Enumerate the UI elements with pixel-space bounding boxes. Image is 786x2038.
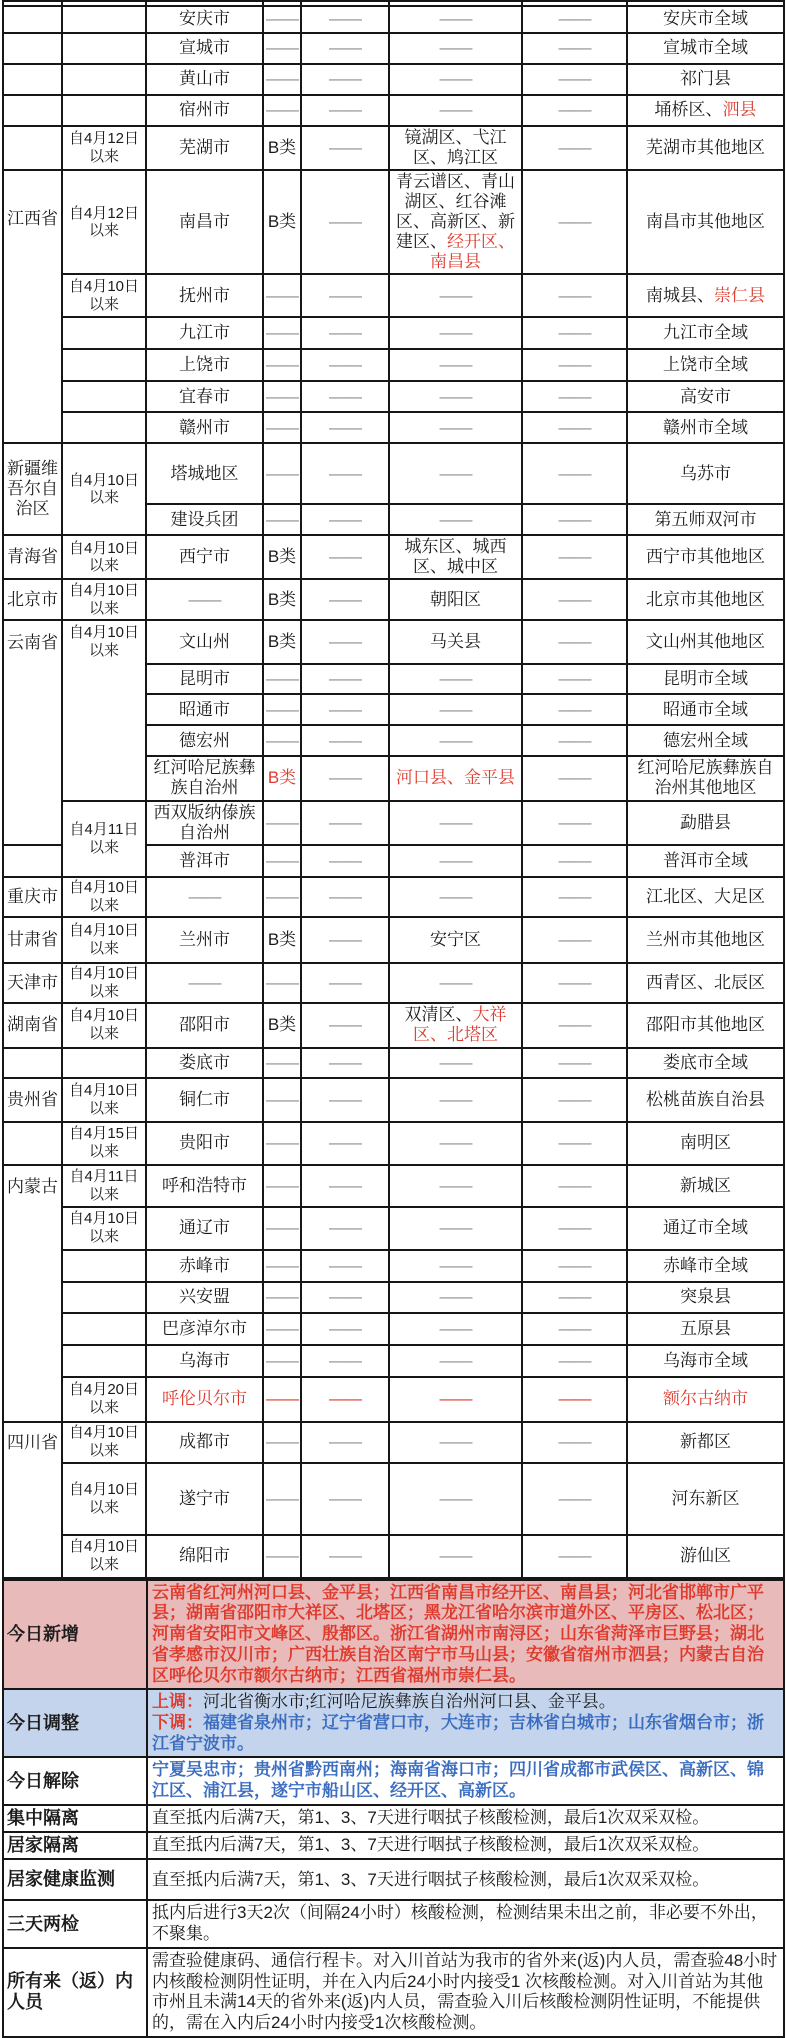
table-row: 黄山市————————祁门县 [3, 64, 784, 95]
cell-districts: 城东区、城西区、城中区 [389, 535, 522, 579]
info-row-label: 居家健康监测 [3, 1859, 147, 1900]
cell-areas: 南城县、崇仁县 [627, 274, 784, 317]
info-text-line: 云南省红河州河口县、金平县；江西省南昌市经开区、南昌县；河北省邯郸市广平县；湖南… [152, 1583, 779, 1687]
cell-date [62, 1250, 146, 1282]
cell-city: 安庆市 [146, 6, 263, 33]
cell-areas: 娄底市全域 [627, 1048, 784, 1078]
cell-areas: 江北区、大足区 [627, 877, 784, 917]
cell-dash1: —— [301, 620, 389, 664]
cell-districts: 双清区、大祥区、北塔区 [389, 1003, 522, 1048]
cell-date: 自4月12日以来 [62, 126, 146, 170]
cell-districts: 安宁区 [389, 917, 522, 963]
cell-dash2: —— [522, 877, 627, 917]
table-row: 重庆市自4月10日以来——————————江北区、大足区 [3, 877, 784, 917]
area-text: 双清区、 [405, 1005, 473, 1024]
cell-province [3, 95, 62, 126]
highlighted-area-text: 泗县 [723, 100, 757, 119]
cell-dash1: —— [301, 33, 389, 64]
cell-districts: —— [389, 845, 522, 877]
cell-areas: 上饶市全域 [627, 349, 784, 381]
cell-class: —— [263, 64, 301, 95]
cell-date [62, 349, 146, 381]
cell-class: B类 [263, 917, 301, 963]
cell-dash2: —— [522, 1377, 627, 1422]
table-row: 赣州市————————赣州市全域 [3, 412, 784, 443]
cell-dash2: —— [522, 64, 627, 95]
cell-city: 抚州市 [146, 274, 263, 317]
cell-city: 芜湖市 [146, 126, 263, 170]
cell-class: —— [263, 1422, 301, 1463]
cell-class: —— [263, 1345, 301, 1377]
cell-districts: —— [389, 1078, 522, 1122]
cell-dash1: —— [301, 126, 389, 170]
table-row: 自4月10日以来通辽市————————通辽市全域 [3, 1207, 784, 1250]
cell-dash1: —— [301, 579, 389, 620]
info-text-line: 直至抵内后满7天，第1、3、7天进行咽拭子核酸检测，最后1次双采双检。 [152, 1870, 779, 1891]
info-row: 今日调整上调：河北省衡水市;红河哈尼族彝族自治州河口县、金平县。下调：福建省泉州… [3, 1689, 784, 1757]
info-text-run: 抵内后进行3天2次（间隔24小时）核酸检测，检测结果未出之前，非必要不外出，不聚… [152, 1903, 768, 1943]
cell-class: —— [263, 1048, 301, 1078]
cell-province: 青海省 [3, 535, 62, 579]
cell-dash1: —— [301, 756, 389, 800]
info-text-run: 上调： [152, 1692, 203, 1711]
area-text: 南城县、 [646, 286, 714, 305]
cell-city: 塔城地区 [146, 443, 263, 504]
cell-dash2: —— [522, 412, 627, 443]
cell-city: 乌海市 [146, 1345, 263, 1377]
info-text-run: 直至抵内后满7天，第1、3、7天进行咽拭子核酸检测，最后1次双采双检。 [152, 1835, 709, 1854]
cell-dash2: —— [522, 1422, 627, 1463]
table-row: 安庆市————————安庆市全域 [3, 6, 784, 33]
cell-class: B类 [263, 126, 301, 170]
cell-class: —— [263, 504, 301, 535]
cell-province [3, 126, 62, 170]
info-text-run: 宁夏吴忠市；贵州省黔西南州；海南省海口市；四川省成都市武侯区、高新区、锦江区、浦… [152, 1760, 764, 1800]
cell-class: —— [263, 1250, 301, 1282]
cell-areas: 高安市 [627, 381, 784, 412]
cell-province: 四川省 [3, 1422, 62, 1578]
cell-dash2: —— [522, 1282, 627, 1313]
cell-districts: —— [389, 1122, 522, 1165]
cell-areas: 安庆市全域 [627, 6, 784, 33]
info-text-run: 云南省红河州河口县、金平县；江西省南昌市经开区、南昌县；河北省邯郸市广平县；湖南… [152, 1583, 764, 1685]
cell-districts: 朝阳区 [389, 579, 522, 620]
cell-areas: 乌海市全域 [627, 1345, 784, 1377]
cell-dash1: —— [301, 1377, 389, 1422]
cell-date [62, 1313, 146, 1345]
cell-date [62, 412, 146, 443]
cell-areas: 西青区、北辰区 [627, 963, 784, 1003]
cell-city: 遂宁市 [146, 1463, 263, 1535]
cell-dash1: —— [301, 412, 389, 443]
cell-areas: 新城区 [627, 1165, 784, 1207]
cell-districts: —— [389, 1250, 522, 1282]
cell-dash2: —— [522, 756, 627, 800]
table-row: 湖南省自4月10日以来邵阳市B类——双清区、大祥区、北塔区——邵阳市其他地区 [3, 1003, 784, 1048]
table-row: 赤峰市————————赤峰市全域 [3, 1250, 784, 1282]
info-text-run: 直至抵内后满7天，第1、3、7天进行咽拭子核酸检测，最后1次双采双检。 [152, 1870, 709, 1889]
cell-province: 甘肃省 [3, 917, 62, 963]
table-row: 自4月20日以来呼伦贝尔市————————额尔古纳市 [3, 1377, 784, 1422]
info-row-label: 今日新增 [3, 1580, 147, 1690]
cell-dash1: —— [301, 170, 389, 274]
cell-districts: —— [389, 1207, 522, 1250]
cell-dash2: —— [522, 33, 627, 64]
cell-districts: —— [389, 1422, 522, 1463]
table-row: 乌海市————————乌海市全域 [3, 1345, 784, 1377]
cell-dash1: —— [301, 1282, 389, 1313]
cell-class: —— [263, 412, 301, 443]
cell-districts: —— [389, 64, 522, 95]
cell-dash1: —— [301, 877, 389, 917]
cell-city: 娄底市 [146, 1048, 263, 1078]
cell-dash2: —— [522, 1048, 627, 1078]
table-row: 四川省自4月10日以来成都市————————新都区 [3, 1422, 784, 1463]
cell-province [3, 845, 62, 877]
cell-city: —— [146, 877, 263, 917]
cell-date: 自4月10日以来 [62, 1463, 146, 1535]
cell-dash1: —— [301, 845, 389, 877]
cell-dash1: —— [301, 317, 389, 349]
cell-class: —— [263, 1282, 301, 1313]
cell-dash1: —— [301, 6, 389, 33]
cell-class: —— [263, 845, 301, 877]
cell-city: 南昌市 [146, 170, 263, 274]
info-text-run: 河北省衡水市;红河哈尼族彝族自治州河口县、金平县。 [203, 1692, 616, 1711]
cell-dash1: —— [301, 1122, 389, 1165]
cell-dash1: —— [301, 1048, 389, 1078]
cell-date: 自4月10日以来 [62, 274, 146, 317]
cell-dash1: —— [301, 664, 389, 694]
cell-districts: —— [389, 317, 522, 349]
info-row: 所有来（返）内人员需查验健康码、通信行程卡。对入川首站为我市的省外来(返)内人员… [3, 1948, 784, 2037]
cell-class: —— [263, 664, 301, 694]
info-row: 集中隔离直至抵内后满7天，第1、3、7天进行咽拭子核酸检测，最后1次双采双检。 [3, 1805, 784, 1832]
cell-city: 德宏州 [146, 725, 263, 756]
cell-class: —— [263, 877, 301, 917]
cell-class: —— [263, 95, 301, 126]
cell-date: 自4月10日以来 [62, 535, 146, 579]
info-row: 三天两检抵内后进行3天2次（间隔24小时）核酸检测，检测结果未出之前，非必要不外… [3, 1900, 784, 1947]
table-row: 巴彦淖尔市————————五原县 [3, 1313, 784, 1345]
cell-province: 湖南省 [3, 1003, 62, 1048]
table-row: 自4月10日以来遂宁市————————河东新区 [3, 1463, 784, 1535]
cell-districts: —— [389, 1345, 522, 1377]
info-text-run: 需查验健康码、通信行程卡。对入川首站为我市的省外来(返)内人员，需查验48小时内… [152, 1951, 777, 2032]
cell-class: —— [263, 1313, 301, 1345]
cell-dash2: —— [522, 349, 627, 381]
cell-date: 自4月10日以来 [62, 1078, 146, 1122]
table-row: 江西省自4月12日以来南昌市B类——青云谱区、青山湖区、红谷滩区、高新区、新建区… [3, 170, 784, 274]
cell-city: 普洱市 [146, 845, 263, 877]
cell-city: 兰州市 [146, 917, 263, 963]
cell-districts: —— [389, 1313, 522, 1345]
cell-dash1: —— [301, 381, 389, 412]
info-row-content: 需查验健康码、通信行程卡。对入川首站为我市的省外来(返)内人员，需查验48小时内… [147, 1948, 784, 2037]
cell-dash2: —— [522, 126, 627, 170]
cell-city: 成都市 [146, 1422, 263, 1463]
cell-districts: —— [389, 504, 522, 535]
cell-districts: —— [389, 1165, 522, 1207]
cell-class: —— [263, 1535, 301, 1578]
cell-dash1: —— [301, 1422, 389, 1463]
cell-dash2: —— [522, 664, 627, 694]
cell-city: 昆明市 [146, 664, 263, 694]
cell-districts: —— [389, 6, 522, 33]
table-row: 上饶市————————上饶市全域 [3, 349, 784, 381]
cell-city: 宣城市 [146, 33, 263, 64]
cell-class: —— [263, 1207, 301, 1250]
cell-districts: 马关县 [389, 620, 522, 664]
cell-city: 上饶市 [146, 349, 263, 381]
cell-areas: 新都区 [627, 1422, 784, 1463]
table-row: 云南省自4月10日以来文山州B类——马关县——文山州其他地区 [3, 620, 784, 664]
cell-city: 赣州市 [146, 412, 263, 443]
info-row-content: 直至抵内后满7天，第1、3、7天进行咽拭子核酸检测，最后1次双采双检。 [147, 1832, 784, 1859]
cell-class: —— [263, 1463, 301, 1535]
cell-date: 自4月15日以来 [62, 1122, 146, 1165]
cell-city: 通辽市 [146, 1207, 263, 1250]
cell-dash2: —— [522, 579, 627, 620]
cell-city: 铜仁市 [146, 1078, 263, 1122]
cell-date [62, 64, 146, 95]
info-row-label: 今日调整 [3, 1689, 147, 1757]
cell-date [62, 1048, 146, 1078]
cell-date: 自4月10日以来 [62, 963, 146, 1003]
cell-class: —— [263, 274, 301, 317]
cell-districts: 青云谱区、青山湖区、红谷滩区、高新区、新建区、经开区、南昌县 [389, 170, 522, 274]
table-row: 宣城市————————宣城市全域 [3, 33, 784, 64]
cell-province: 天津市 [3, 963, 62, 1003]
table-row: 自4月10日以来抚州市————————南城县、崇仁县 [3, 274, 784, 317]
cell-date: 自4月10日以来 [62, 1003, 146, 1048]
cell-districts: —— [389, 1377, 522, 1422]
cell-districts: —— [389, 1535, 522, 1578]
cell-dash2: —— [522, 1463, 627, 1535]
cell-class: —— [263, 33, 301, 64]
cell-districts: —— [389, 1282, 522, 1313]
cell-districts: —— [389, 381, 522, 412]
cell-dash1: —— [301, 801, 389, 845]
cell-dash1: —— [301, 1535, 389, 1578]
cell-province: 重庆市 [3, 877, 62, 917]
cell-areas: 勐腊县 [627, 801, 784, 845]
cell-dash2: —— [522, 620, 627, 664]
cell-dash1: —— [301, 1207, 389, 1250]
cell-class: B类 [263, 1003, 301, 1048]
cell-areas: 红河哈尼族彝族自治州其他地区 [627, 756, 784, 800]
cell-city: 黄山市 [146, 64, 263, 95]
cell-dash1: —— [301, 443, 389, 504]
cell-province: 新疆维吾尔自治区 [3, 443, 62, 535]
cell-dash1: —— [301, 64, 389, 95]
cell-province: 北京市 [3, 579, 62, 620]
cell-province: 江西省 [3, 170, 62, 443]
cell-date: 自4月10日以来 [62, 443, 146, 535]
cell-date: 自4月10日以来 [62, 620, 146, 800]
cell-class: —— [263, 963, 301, 1003]
cell-dash1: —— [301, 1078, 389, 1122]
cell-districts: —— [389, 963, 522, 1003]
cell-dash2: —— [522, 1003, 627, 1048]
cell-dash2: —— [522, 801, 627, 845]
cell-districts: —— [389, 725, 522, 756]
cell-province: 云南省 [3, 620, 62, 844]
table-row: 自4月12日以来芜湖市B类——镜湖区、弋江区、鸠江区——芜湖市其他地区 [3, 126, 784, 170]
cell-class: —— [263, 443, 301, 504]
cell-date: 自4月12日以来 [62, 170, 146, 274]
cell-dash2: —— [522, 443, 627, 504]
table-row: 九江市————————九江市全域 [3, 317, 784, 349]
table-row: 兴安盟————————突泉县 [3, 1282, 784, 1313]
table-row: 新疆维吾尔自治区自4月10日以来塔城地区————————乌苏市 [3, 443, 784, 504]
cell-province [3, 6, 62, 33]
table-row: 甘肃省自4月10日以来兰州市B类——安宁区——兰州市其他地区 [3, 917, 784, 963]
cell-province [3, 64, 62, 95]
cell-date: 自4月10日以来 [62, 1535, 146, 1578]
cell-city: 贵阳市 [146, 1122, 263, 1165]
risk-area-policy-page: 安庆市————————安庆市全域宣城市————————宣城市全域黄山市—————… [0, 0, 786, 2038]
cell-class: B类 [263, 579, 301, 620]
table-row: 宿州市————————埇桥区、泗县 [3, 95, 784, 126]
cell-date [62, 33, 146, 64]
cell-areas: 南昌市其他地区 [627, 170, 784, 274]
cell-city: 昭通市 [146, 694, 263, 725]
cell-date: 自4月20日以来 [62, 1377, 146, 1422]
cell-dash1: —— [301, 694, 389, 725]
cell-dash1: —— [301, 1250, 389, 1282]
table-row: 自4月11日以来西双版纳傣族自治州————————勐腊县 [3, 801, 784, 845]
info-row: 今日新增云南省红河州河口县、金平县；江西省南昌市经开区、南昌县；河北省邯郸市广平… [3, 1580, 784, 1690]
cell-areas: 普洱市全域 [627, 845, 784, 877]
table-row: 自4月15日以来贵阳市————————南明区 [3, 1122, 784, 1165]
cell-areas: 文山州其他地区 [627, 620, 784, 664]
cell-areas: 北京市其他地区 [627, 579, 784, 620]
cell-dash1: —— [301, 274, 389, 317]
cell-class: B类 [263, 170, 301, 274]
cell-class: —— [263, 1377, 301, 1422]
cell-areas: 额尔古纳市 [627, 1377, 784, 1422]
cell-class: —— [263, 1078, 301, 1122]
cell-province [3, 1122, 62, 1165]
cell-date [62, 95, 146, 126]
table-row: 青海省自4月10日以来西宁市B类——城东区、城西区、城中区——西宁市其他地区 [3, 535, 784, 579]
cell-areas: 西宁市其他地区 [627, 535, 784, 579]
cell-dash2: —— [522, 963, 627, 1003]
cell-dash2: —— [522, 274, 627, 317]
cell-city: 文山州 [146, 620, 263, 664]
info-row-content: 宁夏吴忠市；贵州省黔西南州；海南省海口市；四川省成都市武侯区、高新区、锦江区、浦… [147, 1757, 784, 1804]
cell-date: 自4月10日以来 [62, 1207, 146, 1250]
cell-dash1: —— [301, 95, 389, 126]
cell-dash1: —— [301, 1313, 389, 1345]
cell-city: —— [146, 579, 263, 620]
cell-dash2: —— [522, 1345, 627, 1377]
cell-districts: —— [389, 349, 522, 381]
cell-dash2: —— [522, 1078, 627, 1122]
cell-areas: 南明区 [627, 1122, 784, 1165]
cell-dash2: —— [522, 1535, 627, 1578]
cell-districts: —— [389, 877, 522, 917]
cell-province: 内蒙古 [3, 1165, 62, 1422]
cell-class: —— [263, 349, 301, 381]
cell-date [62, 1345, 146, 1377]
cell-districts: 镜湖区、弋江区、鸠江区 [389, 126, 522, 170]
cell-class: B类 [263, 535, 301, 579]
cell-districts: —— [389, 412, 522, 443]
info-row-label: 居家隔离 [3, 1832, 147, 1859]
cell-date [62, 381, 146, 412]
info-text-run: 福建省泉州市；辽宁省营口市，大连市；吉林省白城市；山东省烟台市；浙江省宁波市。 [152, 1713, 764, 1753]
area-text: 埇桥区、 [655, 100, 723, 119]
cell-dash2: —— [522, 1122, 627, 1165]
cell-province [3, 1048, 62, 1078]
cell-districts: —— [389, 274, 522, 317]
cell-city: 建设兵团 [146, 504, 263, 535]
info-row-label: 集中隔离 [3, 1805, 147, 1832]
cell-districts: —— [389, 694, 522, 725]
table-row: 宜春市————————高安市 [3, 381, 784, 412]
cell-city: 西宁市 [146, 535, 263, 579]
info-row-content: 云南省红河州河口县、金平县；江西省南昌市经开区、南昌县；河北省邯郸市广平县；湖南… [147, 1580, 784, 1690]
table-row: 天津市自4月10日以来——————————西青区、北辰区 [3, 963, 784, 1003]
info-text-line: 抵内后进行3天2次（间隔24小时）核酸检测，检测结果未出之前，非必要不外出，不聚… [152, 1903, 779, 1944]
cell-areas: 赤峰市全域 [627, 1250, 784, 1282]
cell-dash2: —— [522, 1313, 627, 1345]
cell-dash2: —— [522, 381, 627, 412]
cell-date: 自4月10日以来 [62, 579, 146, 620]
cell-districts: —— [389, 95, 522, 126]
policy-info-table: 今日新增云南省红河州河口县、金平县；江西省南昌市经开区、南昌县；河北省邯郸市广平… [2, 1579, 785, 2038]
cell-city: 邵阳市 [146, 1003, 263, 1048]
cell-dash2: —— [522, 725, 627, 756]
cell-class: —— [263, 1165, 301, 1207]
info-row: 居家健康监测直至抵内后满7天，第1、3、7天进行咽拭子核酸检测，最后1次双采双检… [3, 1859, 784, 1900]
cell-areas: 赣州市全域 [627, 412, 784, 443]
cell-city: 绵阳市 [146, 1535, 263, 1578]
cell-date [62, 6, 146, 33]
cell-city: 宜春市 [146, 381, 263, 412]
cell-areas: 河东新区 [627, 1463, 784, 1535]
info-text-line: 需查验健康码、通信行程卡。对入川首站为我市的省外来(返)内人员，需查验48小时内… [152, 1951, 779, 2034]
info-text-line: 上调：河北省衡水市;红河哈尼族彝族自治州河口县、金平县。 [152, 1692, 779, 1713]
cell-class: —— [263, 1122, 301, 1165]
cell-city: 西双版纳傣族自治州 [146, 801, 263, 845]
cell-districts: —— [389, 1048, 522, 1078]
cell-districts: —— [389, 443, 522, 504]
cell-class: —— [263, 381, 301, 412]
cell-districts: 河口县、金平县 [389, 756, 522, 800]
cell-city: 九江市 [146, 317, 263, 349]
info-text-line: 直至抵内后满7天，第1、3、7天进行咽拭子核酸检测，最后1次双采双检。 [152, 1835, 779, 1856]
info-row: 居家隔离直至抵内后满7天，第1、3、7天进行咽拭子核酸检测，最后1次双采双检。 [3, 1832, 784, 1859]
cell-dash2: —— [522, 917, 627, 963]
cell-dash1: —— [301, 504, 389, 535]
cell-class: B类 [263, 620, 301, 664]
table-row: 内蒙古自4月11日以来呼和浩特市————————新城区 [3, 1165, 784, 1207]
cell-districts: —— [389, 801, 522, 845]
cell-date: 自4月11日以来 [62, 801, 146, 877]
cell-areas: 芜湖市其他地区 [627, 126, 784, 170]
cell-areas: 宣城市全域 [627, 33, 784, 64]
cell-date [62, 1282, 146, 1313]
cell-districts: —— [389, 664, 522, 694]
table-row: 娄底市————————娄底市全域 [3, 1048, 784, 1078]
cell-province: 贵州省 [3, 1078, 62, 1122]
cell-dash2: —— [522, 845, 627, 877]
cell-dash2: —— [522, 535, 627, 579]
cell-districts: —— [389, 33, 522, 64]
